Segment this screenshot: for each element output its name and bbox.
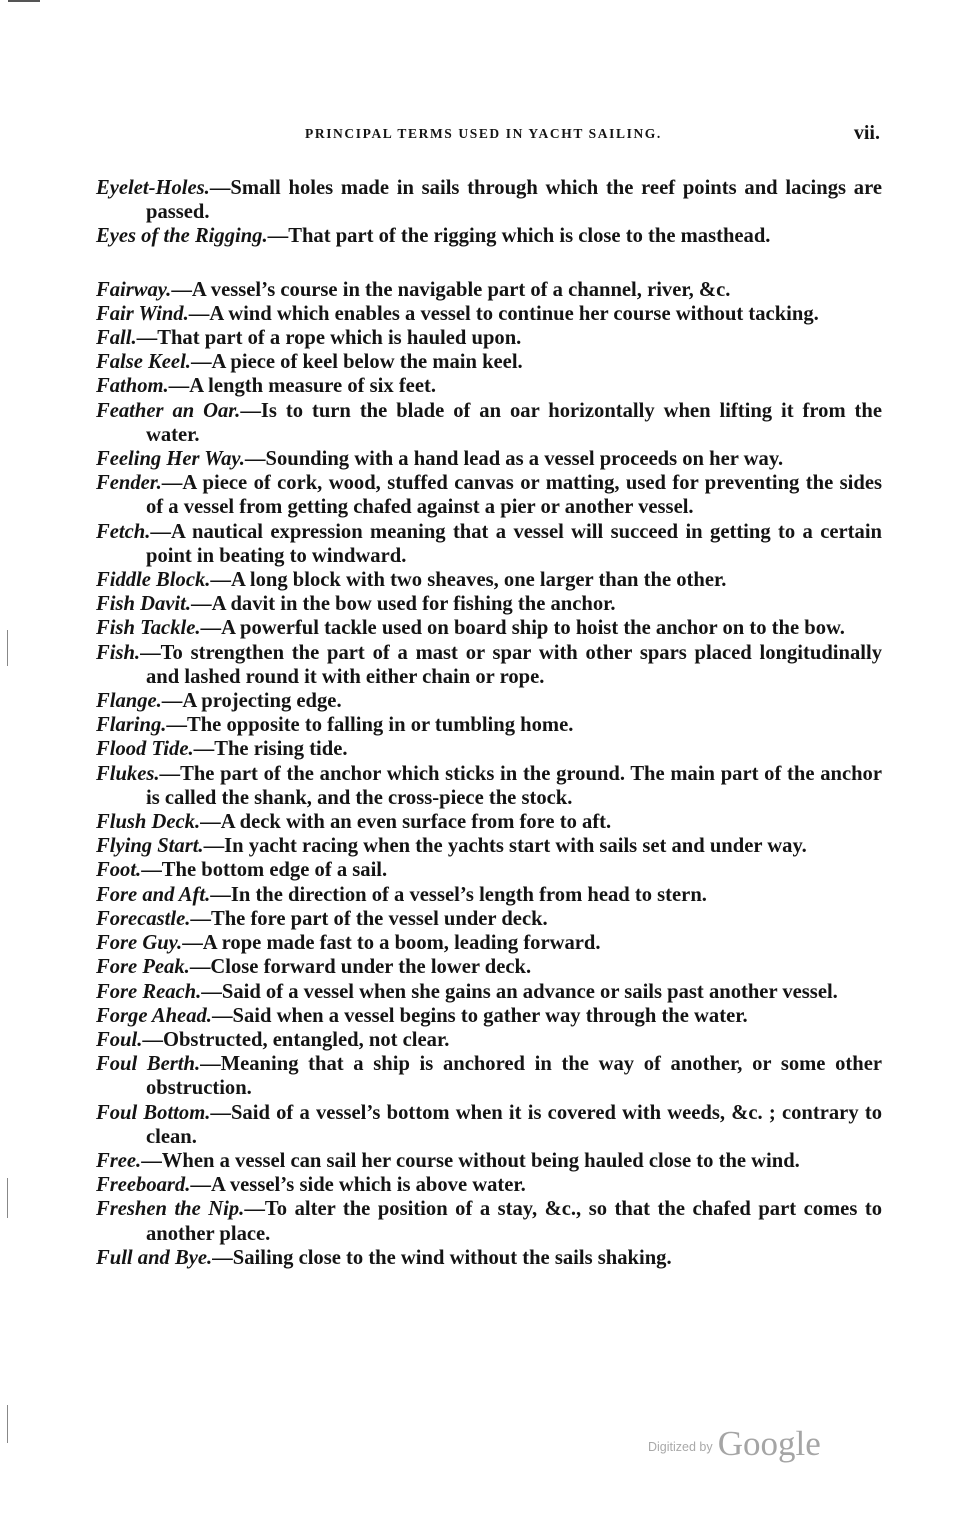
entry-definition: —When a vessel can sail her course witho… — [141, 1150, 800, 1172]
scan-edge-mark — [7, 1405, 8, 1443]
glossary-entry: Fall.—That part of a rope which is haule… — [96, 326, 882, 350]
page-number: vii. — [854, 122, 880, 145]
glossary-entry: Fetch.—A nautical expression meaning tha… — [96, 520, 882, 568]
entry-definition: —A davit in the bow used for fishing the… — [191, 593, 616, 615]
glossary-entry: Flood Tide.—The rising tide. — [96, 737, 882, 761]
google-wordmark: Google — [718, 1424, 821, 1463]
entry-term: Fish. — [96, 642, 140, 664]
entry-term: Flaring. — [96, 714, 166, 736]
running-head: PRINCIPAL TERMS USED IN YACHT SAILING. v… — [95, 122, 880, 146]
entry-term: Feeling Her Way. — [96, 448, 245, 470]
entry-term: Freeboard. — [96, 1174, 190, 1196]
glossary-entry: Feather an Oar.—Is to turn the blade of … — [96, 399, 882, 447]
entry-definition: —A wind which enables a vessel to contin… — [189, 303, 819, 325]
glossary-entry: Flush Deck.—A deck with an even surface … — [96, 810, 882, 834]
entry-definition: —A deck with an even surface from fore t… — [200, 811, 611, 833]
entry-term: Forge Ahead. — [96, 1005, 212, 1027]
entry-term: Fore Guy. — [96, 932, 182, 954]
entry-definition: —A long block with two sheaves, one larg… — [210, 569, 726, 591]
glossary-entry: Feeling Her Way.—Sounding with a hand le… — [96, 447, 882, 471]
entry-term: Eyes of the Rigging. — [96, 225, 268, 247]
entry-definition: —Is to turn the blade of an oar horizont… — [146, 400, 882, 446]
entry-term: Free. — [96, 1150, 141, 1172]
entry-definition: —Small holes made in sails through which… — [146, 177, 882, 223]
glossary-section-f: Fairway.—A vessel’s course in the naviga… — [96, 278, 882, 1270]
entry-term: Fathom. — [96, 375, 169, 397]
glossary-entry: Fore Reach.—Said of a vessel when she ga… — [96, 980, 882, 1004]
scan-edge-mark — [7, 630, 8, 666]
entry-definition: —Said of a vessel’s bottom when it is co… — [146, 1102, 882, 1148]
glossary-entry: Full and Bye.—Sailing close to the wind … — [96, 1246, 882, 1270]
glossary-entry: Foul Berth.—Meaning that a ship is ancho… — [96, 1052, 882, 1100]
glossary-section-e: Eyelet-Holes.—Small holes made in sails … — [96, 176, 882, 249]
entry-term: Fore and Aft. — [96, 884, 210, 906]
entry-term: Flood Tide. — [96, 738, 194, 760]
glossary-entry: Fore Peak.—Close forward under the lower… — [96, 955, 882, 979]
entry-definition: —The bottom edge of a sail. — [141, 859, 387, 881]
glossary-entry: Fiddle Block.—A long block with two shea… — [96, 568, 882, 592]
entry-definition: —A vessel’s side which is above water. — [190, 1174, 525, 1196]
entry-definition: —A powerful tackle used on board ship to… — [201, 617, 845, 639]
entry-definition: —To strengthen the part of a mast or spa… — [140, 642, 882, 688]
glossary-entry: Flange.—A projecting edge. — [96, 689, 882, 713]
entry-term: Fair Wind. — [96, 303, 189, 325]
entry-term: Fore Peak. — [96, 956, 190, 978]
entry-definition: —The fore part of the vessel under deck. — [190, 908, 547, 930]
entry-term: Foul. — [96, 1029, 142, 1051]
glossary-entry: Foul Bottom.—Said of a vessel’s bottom w… — [96, 1101, 882, 1149]
entry-definition: —In the direction of a vessel’s length f… — [210, 884, 707, 906]
entry-definition: —A nautical expression meaning that a ve… — [146, 521, 882, 567]
glossary-entry: Fish.—To strengthen the part of a mast o… — [96, 641, 882, 689]
entry-definition: —A piece of cork, wood, stuffed canvas o… — [146, 472, 882, 518]
entry-definition: —Sailing close to the wind without the s… — [212, 1247, 671, 1269]
section-spacer — [96, 249, 882, 278]
entry-term: Fall. — [96, 327, 137, 349]
entry-term: Fish Davit. — [96, 593, 191, 615]
entry-definition: —That part of a rope which is hauled upo… — [137, 327, 522, 349]
entry-definition: —Said of a vessel when she gains an adva… — [201, 981, 838, 1003]
digitized-by-google-watermark: Digitized by Google — [648, 1424, 821, 1464]
entry-definition: —A rope made fast to a boom, leading for… — [182, 932, 600, 954]
entry-term: Fender. — [96, 472, 162, 494]
entry-term: Foot. — [96, 859, 141, 881]
entry-definition: —To alter the position of a stay, &c., s… — [146, 1198, 882, 1244]
entry-term: Fore Reach. — [96, 981, 201, 1003]
entry-definition: —Meaning that a ship is anchored in the … — [146, 1053, 882, 1099]
entry-definition: —The opposite to falling in or tumbling … — [166, 714, 573, 736]
entry-term: Flush Deck. — [96, 811, 200, 833]
entry-term: Foul Bottom. — [96, 1102, 210, 1124]
glossary-entry: Fairway.—A vessel’s course in the naviga… — [96, 278, 882, 302]
entry-definition: —A piece of keel below the main keel. — [191, 351, 523, 373]
entry-definition: —The part of the anchor which sticks in … — [146, 763, 882, 809]
entry-definition: —Sounding with a hand lead as a vessel p… — [245, 448, 783, 470]
glossary-entry: Fore Guy.—A rope made fast to a boom, le… — [96, 931, 882, 955]
entry-term: Freshen the Nip. — [96, 1198, 244, 1220]
entry-term: Fish Tackle. — [96, 617, 201, 639]
glossary-entry: Fish Davit.—A davit in the bow used for … — [96, 592, 882, 616]
entry-definition: —The rising tide. — [194, 738, 348, 760]
entry-term: Foul Berth. — [96, 1053, 200, 1075]
entry-term: Fairway. — [96, 279, 171, 301]
glossary-body: Eyelet-Holes.—Small holes made in sails … — [96, 176, 882, 1270]
entry-term: Flying Start. — [96, 835, 204, 857]
entry-term: False Keel. — [96, 351, 191, 373]
glossary-entry: Freshen the Nip.—To alter the position o… — [96, 1197, 882, 1245]
entry-term: Flukes. — [96, 763, 160, 785]
entry-definition: —Close forward under the lower deck. — [190, 956, 531, 978]
scan-corner-mark — [8, 0, 40, 2]
entry-definition: —Said when a vessel begins to gather way… — [212, 1005, 748, 1027]
glossary-entry: Free.—When a vessel can sail her course … — [96, 1149, 882, 1173]
entry-term: Full and Bye. — [96, 1247, 212, 1269]
glossary-entry: Forecastle.—The fore part of the vessel … — [96, 907, 882, 931]
entry-term: Feather an Oar. — [96, 400, 240, 422]
glossary-entry: Fair Wind.—A wind which enables a vessel… — [96, 302, 882, 326]
glossary-entry: Flying Start.—In yacht racing when the y… — [96, 834, 882, 858]
glossary-entry: Flukes.—The part of the anchor which sti… — [96, 762, 882, 810]
glossary-entry: Fender.—A piece of cork, wood, stuffed c… — [96, 471, 882, 519]
entry-term: Fiddle Block. — [96, 569, 210, 591]
glossary-entry: Forge Ahead.—Said when a vessel begins t… — [96, 1004, 882, 1028]
glossary-entry: Eyelet-Holes.—Small holes made in sails … — [96, 176, 882, 224]
entry-term: Forecastle. — [96, 908, 190, 930]
entry-definition: —That part of the rigging which is close… — [268, 225, 771, 247]
watermark-prefix: Digitized by — [648, 1440, 713, 1454]
glossary-entry: Fish Tackle.—A powerful tackle used on b… — [96, 616, 882, 640]
entry-definition: —In yacht racing when the yachts start w… — [204, 835, 807, 857]
glossary-entry: Foul.—Obstructed, entangled, not clear. — [96, 1028, 882, 1052]
glossary-entry: Flaring.—The opposite to falling in or t… — [96, 713, 882, 737]
entry-definition: —Obstructed, entangled, not clear. — [142, 1029, 449, 1051]
entry-term: Fetch. — [96, 521, 150, 543]
glossary-entry: Fathom.—A length measure of six feet. — [96, 374, 882, 398]
scan-edge-mark — [7, 1178, 8, 1218]
glossary-entry: Freeboard.—A vessel’s side which is abov… — [96, 1173, 882, 1197]
running-title: PRINCIPAL TERMS USED IN YACHT SAILING. — [305, 126, 662, 142]
glossary-entry: Fore and Aft.—In the direction of a vess… — [96, 883, 882, 907]
entry-definition: —A length measure of six feet. — [169, 375, 436, 397]
glossary-entry: Eyes of the Rigging.—That part of the ri… — [96, 224, 882, 248]
glossary-entry: False Keel.—A piece of keel below the ma… — [96, 350, 882, 374]
entry-definition: —A vessel’s course in the navigable part… — [171, 279, 730, 301]
entry-term: Eyelet-Holes. — [96, 177, 210, 199]
entry-definition: —A projecting edge. — [162, 690, 342, 712]
glossary-entry: Foot.—The bottom edge of a sail. — [96, 858, 882, 882]
entry-term: Flange. — [96, 690, 162, 712]
